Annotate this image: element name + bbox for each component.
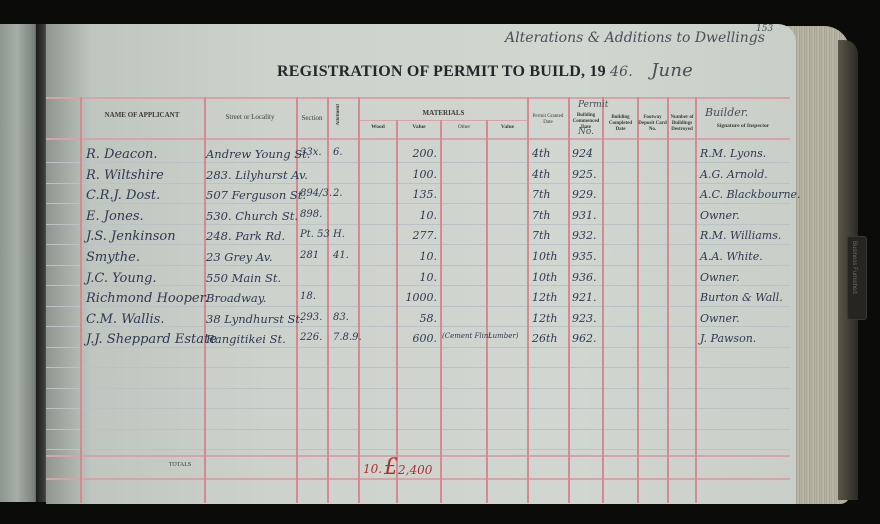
materials-value: 58. [420, 312, 438, 325]
applicant-name: E. Jones. [86, 209, 144, 224]
col-rule [486, 120, 488, 503]
col-rule [637, 97, 639, 503]
col-rule [327, 97, 329, 503]
header-allotment: Allotment [336, 104, 341, 125]
header-commenced-note-bottom: No. [578, 127, 594, 137]
street-locality: 248. Park Rd. [206, 229, 285, 243]
header-name: NAME OF APPLICANT [82, 111, 202, 119]
ruled-line [46, 203, 790, 204]
section: 33x. [300, 147, 322, 158]
totals-currency: £ [384, 455, 398, 480]
spine-tab: Business Furnished [847, 236, 867, 320]
totals-label: TOTALS [150, 462, 210, 468]
permit-granted-date: 4th [532, 147, 551, 160]
section: 18. [300, 291, 316, 302]
page-title: REGISTRATION OF PERMIT TO BUILD, 19 46. … [277, 60, 693, 81]
materials-value: 10. [420, 209, 438, 222]
allotment: 6. [333, 147, 343, 158]
street-locality: 23 Grey Av. [206, 250, 273, 264]
col-rule [527, 97, 529, 503]
street-locality: 38 Lyndhurst St. [206, 312, 304, 326]
permit-number: 929. [572, 188, 597, 201]
builder: J. Pawson. [700, 332, 756, 345]
ruled-line [46, 367, 790, 368]
col-rule [602, 97, 604, 503]
permit-number: 923. [572, 312, 597, 325]
applicant-name: J.S. Jenkinson [86, 229, 176, 244]
other-material: (Cement Flint [442, 332, 491, 340]
header-building-completed: Building Completed Date [604, 115, 637, 133]
applicant-name: J.C. Young. [86, 271, 157, 286]
permit-granted-date: 4th [532, 168, 551, 181]
header-footway: Footway Deposit Card No. [638, 115, 667, 133]
permit-granted-date: 7th [532, 229, 551, 242]
materials-value: 135. [413, 188, 438, 201]
materials-value: 10. [420, 271, 438, 284]
applicant-name: R. Deacon. [86, 147, 158, 162]
header-wood: Wood [360, 124, 396, 130]
materials-value: 200. [413, 147, 438, 160]
col-rule [80, 97, 82, 503]
builder: Burton & Wall. [700, 291, 783, 304]
section: 894/3. [300, 188, 332, 199]
applicant-name: C.M. Wallis. [86, 312, 164, 327]
header-section: Section [298, 114, 326, 122]
applicant-name: Richmond Hooper. [86, 291, 209, 306]
year-suffix: 46. [610, 64, 633, 80]
top-note: Alterations & Additions to Dwellings [505, 30, 765, 46]
ledger-page [46, 24, 796, 504]
builder: Owner. [700, 209, 740, 222]
header-signature-note: Builder. [705, 106, 748, 119]
header-value-1: Value [398, 124, 440, 130]
builder: R.M. Williams. [700, 229, 781, 242]
header-value-2: Value [488, 124, 527, 130]
street-locality: 507 Ferguson St. [206, 188, 306, 202]
allotment: 83. [333, 312, 349, 323]
street-locality: 550 Main St. [206, 271, 281, 285]
allotment: 2. [333, 188, 343, 199]
applicant-name: J.J. Sheppard Estate [86, 332, 217, 347]
page-number: 153 [756, 24, 773, 34]
materials-value: 1000. [406, 291, 438, 304]
applicant-name: Smythe. [86, 250, 140, 265]
totals-bottom-rule [46, 478, 790, 480]
other-value: Lumber) [488, 332, 519, 340]
header-materials: MATERIALS [360, 109, 527, 117]
street-locality: Rangitikei St. [206, 332, 286, 346]
ruled-line [46, 285, 790, 286]
permit-number: 936. [572, 271, 597, 284]
builder: Owner. [700, 312, 740, 325]
permit-granted-date: 7th [532, 188, 551, 201]
totals-count: 10. [363, 462, 382, 476]
section: 226. [300, 332, 322, 343]
ruled-line [46, 183, 790, 184]
title-text: REGISTRATION OF PERMIT TO BUILD, 19 [277, 63, 606, 80]
allotment: 7.8.9. [333, 332, 362, 343]
month: June [651, 60, 693, 81]
section: Pt. 53 H. [300, 229, 345, 240]
ruled-line [46, 449, 790, 450]
header-destroyed: Number of Buildings Destroyed [668, 115, 696, 133]
ruled-line [46, 347, 790, 348]
permit-granted-date: 26th [532, 332, 558, 345]
totals-top-rule [46, 455, 790, 457]
ruled-line [46, 244, 790, 245]
section: 898. [300, 209, 322, 220]
materials-value: 100. [413, 168, 438, 181]
materials-value: 600. [413, 332, 438, 345]
applicant-name: R. Wiltshire [86, 168, 164, 183]
materials-value: 277. [413, 229, 438, 242]
ruled-line [46, 306, 790, 307]
permit-granted-date: 10th [532, 250, 558, 263]
permit-granted-date: 7th [532, 209, 551, 222]
permit-number: 925. [572, 168, 597, 181]
builder: R.M. Lyons. [700, 147, 766, 160]
header-street: Street or Locality [206, 113, 294, 121]
permit-granted-date: 12th [532, 312, 558, 325]
builder: Owner. [700, 271, 740, 284]
permit-number: 931. [572, 209, 597, 222]
applicant-name: C.R.J. Dost. [86, 188, 160, 203]
ruled-line [46, 388, 790, 389]
street-locality: Andrew Young St. [206, 147, 310, 161]
col-rule [358, 97, 360, 503]
materials-value: 10. [420, 250, 438, 263]
section: 281 [300, 250, 319, 261]
header-permit-granted: Permit Granted Date [530, 114, 566, 126]
street-locality: 283. Lilyhurst Av. [206, 168, 308, 182]
header-top-rule [46, 97, 790, 99]
materials-sub-rule [360, 120, 527, 121]
permit-granted-date: 12th [532, 291, 558, 304]
ruled-line [46, 429, 790, 430]
permit-number: 921. [572, 291, 597, 304]
permit-number: 924 [572, 147, 593, 160]
ruled-line [46, 224, 790, 225]
col-rule [396, 120, 398, 503]
header-commenced-note-top: Permit [578, 100, 608, 110]
ruled-line [46, 265, 790, 266]
street-locality: Broadway. [206, 291, 266, 305]
section: 293. [300, 312, 322, 323]
header-bottom-rule [46, 138, 790, 140]
permit-granted-date: 10th [532, 271, 558, 284]
permit-number: 962. [572, 332, 597, 345]
totals-amount: 2,400 [398, 463, 432, 477]
col-rule [568, 97, 570, 503]
ruled-line [46, 408, 790, 409]
permit-number: 935. [572, 250, 597, 263]
allotment: 41. [333, 250, 349, 261]
ruled-line [46, 162, 790, 163]
builder: A.A. White. [700, 250, 763, 263]
street-locality: 530. Church St. [206, 209, 298, 223]
col-rule [695, 97, 697, 503]
col-rule [440, 120, 442, 503]
permit-number: 932. [572, 229, 597, 242]
col-rule [667, 97, 669, 503]
builder: A.G. Arnold. [700, 168, 768, 181]
header-other: Other [442, 124, 486, 130]
builder: A.C. Blackbourne. [700, 188, 801, 201]
header-signature: Signature of Inspector [697, 123, 789, 129]
